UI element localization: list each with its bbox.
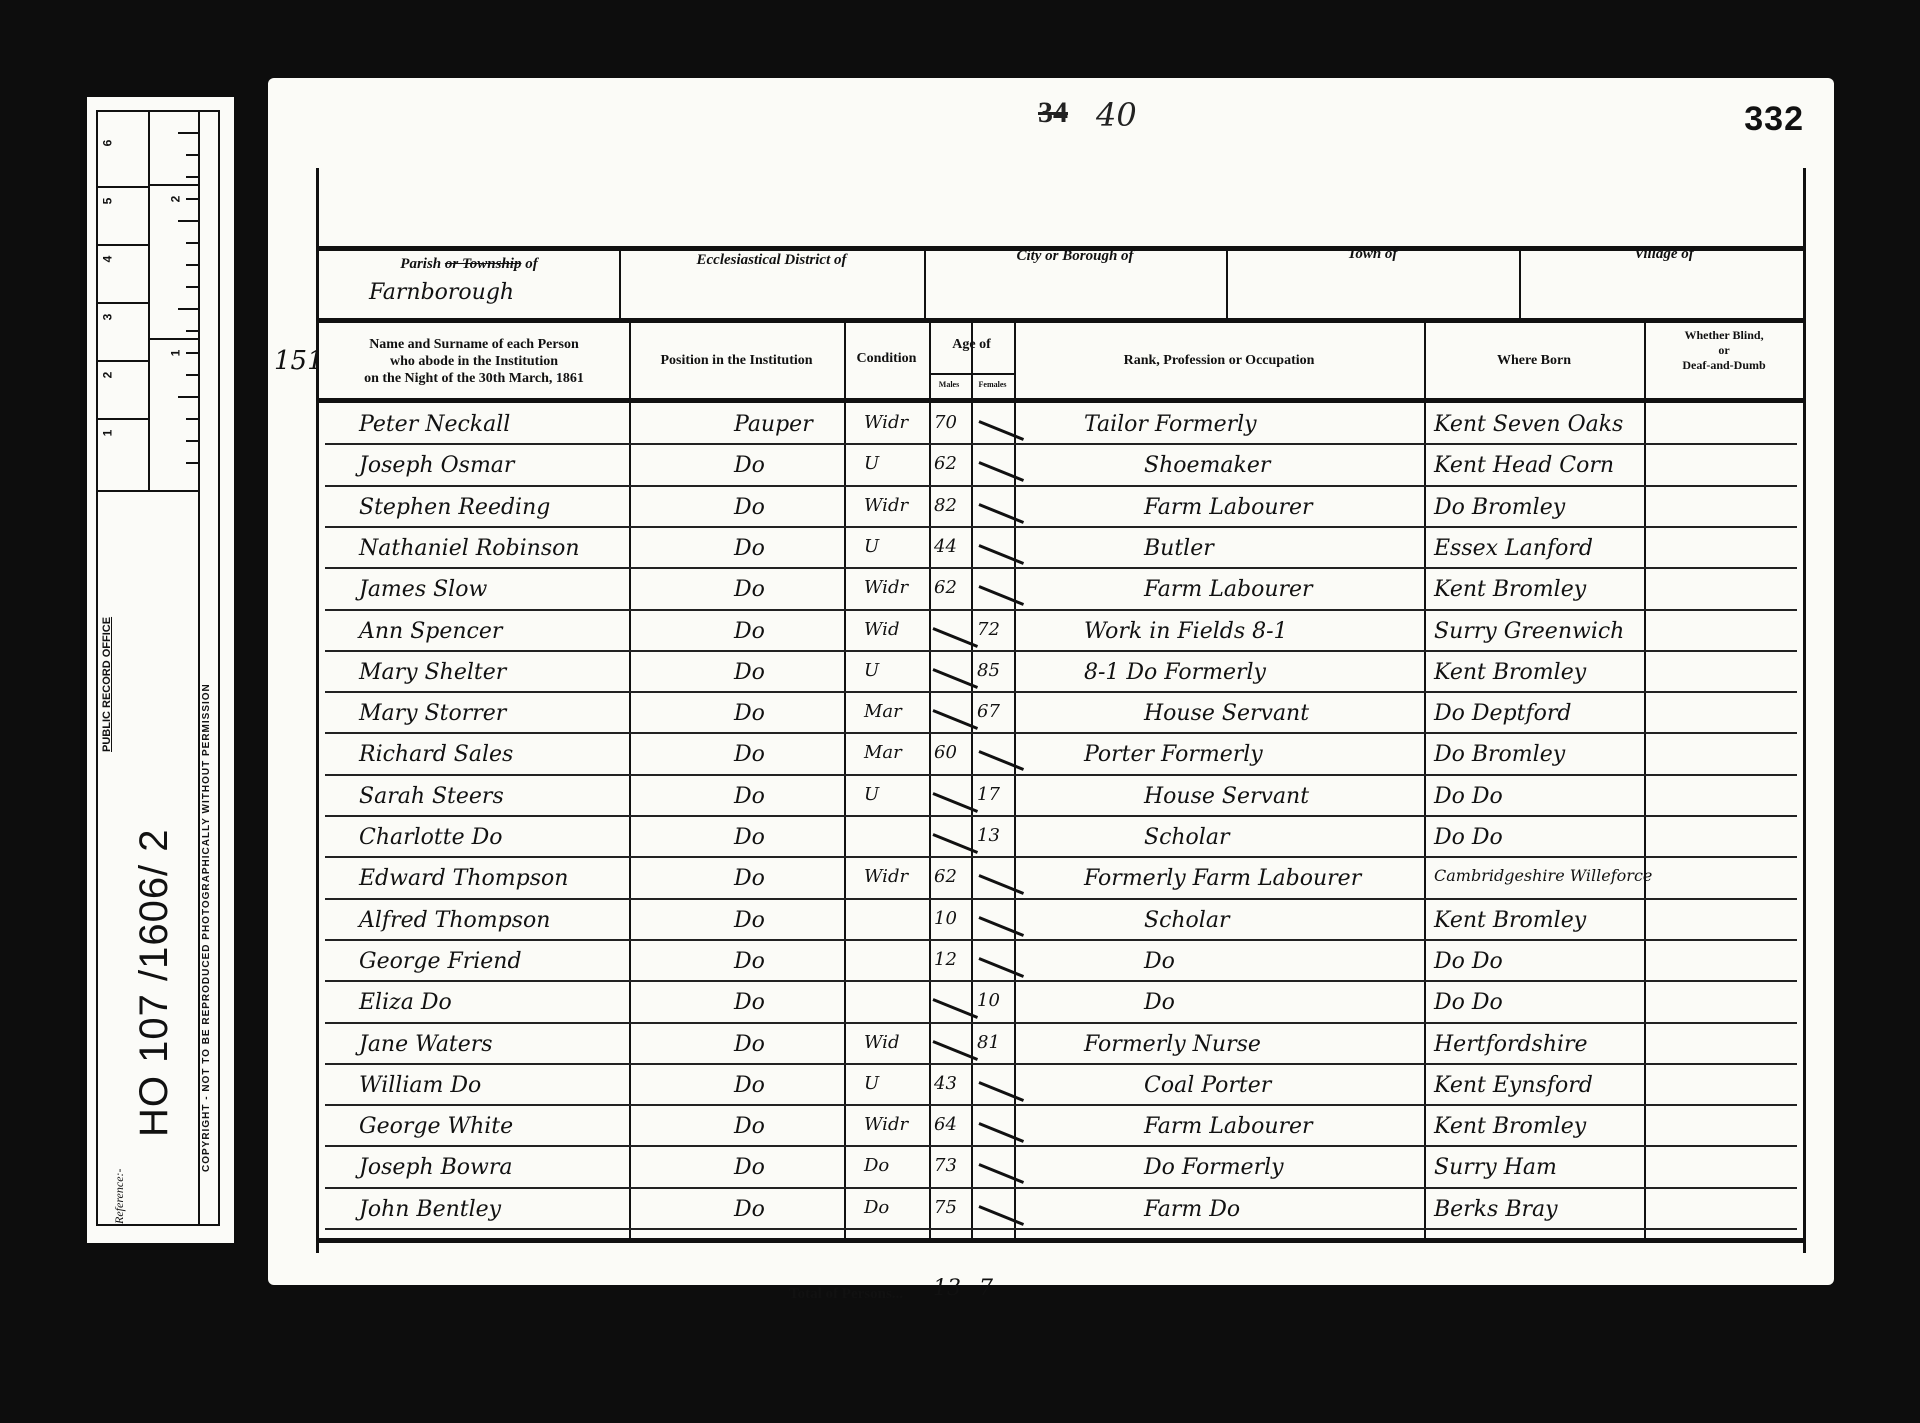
person-name: Mary Shelter [359, 660, 506, 685]
ruler-divider [150, 338, 198, 340]
females-subheader: Females [971, 376, 1014, 393]
condition: Wid [864, 1032, 899, 1053]
reference-divider [198, 112, 200, 1224]
condition: U [864, 660, 879, 681]
row-rule [325, 856, 1797, 858]
condition: Mar [864, 701, 902, 722]
condition: Do [864, 1155, 889, 1176]
person-name: James Slow [359, 577, 487, 602]
person-name: Jane Waters [359, 1032, 493, 1057]
ruler-tick [186, 462, 198, 464]
condition: Do [864, 1197, 889, 1218]
tally-mark [978, 544, 1024, 565]
male-age: 62 [934, 577, 957, 598]
position-in-institution: Do [734, 908, 765, 933]
position-in-institution: Do [734, 577, 765, 602]
position-in-institution: Do [734, 784, 765, 809]
column-divider [929, 320, 931, 1238]
position-in-institution: Do [734, 1197, 765, 1222]
tally-mark [978, 1163, 1024, 1184]
occupation: 8-1 Do Formerly [1084, 660, 1266, 685]
row-rule [325, 898, 1797, 900]
person-name: William Do [359, 1073, 481, 1098]
ruler-tick [178, 132, 198, 134]
row-rule [325, 650, 1797, 652]
condition: Widr [864, 577, 908, 598]
occupation: Do [1144, 949, 1175, 974]
tally-mark [978, 957, 1024, 978]
total-of-persons-label: Total of Persons... [789, 1286, 903, 1303]
ruler-tick [186, 264, 198, 266]
where-born: Surry Greenwich [1434, 619, 1624, 644]
male-age: 12 [934, 949, 957, 970]
town-label: Town of [1226, 246, 1519, 263]
position-in-institution: Do [734, 701, 765, 726]
person-name: George White [359, 1114, 513, 1139]
tally-mark [978, 461, 1024, 482]
position-in-institution: Do [734, 660, 765, 685]
ruler-tick [178, 396, 198, 398]
occupation: Farm Do [1144, 1197, 1240, 1222]
ruler-cell: 6 [98, 130, 148, 188]
ruler-tick [186, 330, 198, 332]
male-age: 70 [934, 412, 957, 433]
rule [319, 318, 1803, 323]
row-rule [325, 1228, 1797, 1230]
male-age: 82 [934, 495, 957, 516]
row-rule [325, 526, 1797, 528]
rule [319, 1238, 1803, 1243]
occupation: Work in Fields 8-1 [1084, 619, 1288, 644]
ruler-tick [178, 220, 198, 222]
row-rule [325, 1145, 1797, 1147]
row-rule [325, 732, 1797, 734]
person-name: Sarah Steers [359, 784, 504, 809]
condition: U [864, 453, 879, 474]
where-born: Kent Bromley [1434, 577, 1586, 602]
female-age: 81 [977, 1032, 1000, 1053]
ruler-tick [186, 176, 198, 178]
person-name: Edward Thompson [359, 866, 568, 891]
male-age: 64 [934, 1114, 957, 1135]
position-in-institution: Pauper [734, 412, 813, 437]
census-page: 34 40 332 151 Parish or Township of Farn… [268, 78, 1834, 1285]
condition: Wid [864, 619, 899, 640]
position-in-institution: Do [734, 990, 765, 1015]
person-name: Ann Spencer [359, 619, 502, 644]
person-name: Nathaniel Robinson [359, 536, 580, 561]
row-rule [325, 980, 1797, 982]
ruler-tick [186, 352, 198, 354]
female-age: 72 [977, 619, 1000, 640]
ruler-tick [186, 242, 198, 244]
copyright-notice: COPYRIGHT - NOT TO BE REPRODUCED PHOTOGR… [201, 683, 212, 1172]
person-name: Mary Storrer [359, 701, 506, 726]
where-born: Kent Bromley [1434, 1114, 1586, 1139]
occupation: House Servant [1144, 784, 1309, 809]
where-born: Do Do [1434, 949, 1503, 974]
cm-ruler: 6 5 4 3 2 1 [98, 112, 150, 492]
tally-mark [978, 420, 1024, 441]
parish-value: Farnborough [369, 280, 514, 305]
occupation: Do Formerly [1144, 1155, 1284, 1180]
person-name: Joseph Bowra [359, 1155, 513, 1180]
position-in-institution: Do [734, 1073, 765, 1098]
occupation: Coal Porter [1144, 1073, 1271, 1098]
row-rule [325, 939, 1797, 941]
blind-column-header: Whether Blind, or Deaf-and-Dumb [1644, 328, 1804, 373]
tally-mark [978, 916, 1024, 937]
reference-card: 6 5 4 3 2 1 2 1 PUBLIC RECORD OFFICE HO … [87, 97, 234, 1243]
row-rule [325, 1104, 1797, 1106]
where-born: Surry Ham [1434, 1155, 1557, 1180]
where-born: Essex Lanford [1434, 536, 1593, 561]
where-born: Hertfordshire [1434, 1032, 1588, 1057]
tally-mark [978, 1122, 1024, 1143]
position-in-institution: Do [734, 619, 765, 644]
person-name: George Friend [359, 949, 522, 974]
record-office-label: PUBLIC RECORD OFFICE [101, 617, 113, 752]
where-born: Kent Seven Oaks [1434, 412, 1623, 437]
reference-code: HO 107 /1606/ 2 [132, 828, 177, 1137]
condition: Widr [864, 1114, 908, 1135]
where-born: Do Do [1434, 784, 1503, 809]
female-age: 10 [977, 990, 1000, 1011]
occupation: Farm Labourer [1144, 1114, 1313, 1139]
occupation: Do [1144, 990, 1175, 1015]
column-divider [1644, 320, 1646, 1238]
row-rule [325, 1187, 1797, 1189]
ecclesiastical-district-label: Ecclesiastical District of [619, 252, 924, 269]
occupation-column-header: Rank, Profession or Occupation [1014, 352, 1424, 369]
ruler-tick [186, 286, 198, 288]
occupation: Scholar [1144, 825, 1229, 850]
ruler-tick [186, 440, 198, 442]
where-born: Do Do [1434, 825, 1503, 850]
column-divider [844, 320, 846, 1238]
female-age: 67 [977, 701, 1000, 722]
column-divider [629, 320, 631, 1238]
female-age: 85 [977, 660, 1000, 681]
male-age: 73 [934, 1155, 957, 1176]
row-rule [325, 815, 1797, 817]
tally-mark [978, 503, 1024, 524]
occupation: Scholar [1144, 908, 1229, 933]
name-column-header: Name and Surname of each Person who abod… [319, 336, 629, 387]
ruler-divider [150, 184, 198, 186]
ruler-cell: 3 [98, 304, 148, 362]
person-name: Charlotte Do [359, 825, 503, 850]
column-divider [1014, 320, 1016, 1238]
position-in-institution: Do [734, 1155, 765, 1180]
occupation: House Servant [1144, 701, 1309, 726]
male-age: 75 [934, 1197, 957, 1218]
condition: Widr [864, 495, 908, 516]
position-in-institution: Do [734, 949, 765, 974]
ruler-tick [186, 418, 198, 420]
row-rule [325, 485, 1797, 487]
position-in-institution: Do [734, 742, 765, 767]
ruler-tick [186, 198, 198, 200]
position-in-institution: Do [734, 1114, 765, 1139]
condition-column-header: Condition [844, 350, 929, 367]
total-males: 13 [933, 1276, 961, 1301]
where-born: Kent Head Corn [1434, 453, 1614, 478]
person-name: Eliza Do [359, 990, 452, 1015]
male-age: 62 [934, 866, 957, 887]
person-name: Joseph Osmar [359, 453, 514, 478]
ruler-tick [178, 308, 198, 310]
city-borough-label: City or Borough of [924, 248, 1226, 265]
person-name: Peter Neckall [359, 412, 510, 437]
row-rule [325, 443, 1797, 445]
ruler-tick [186, 154, 198, 156]
census-form: Parish or Township of Farnborough Eccles… [316, 168, 1806, 1253]
condition: Widr [864, 412, 908, 433]
row-rule [325, 1063, 1797, 1065]
ruler-tick [186, 374, 198, 376]
where-born: Do Bromley [1434, 742, 1565, 767]
reference-card-frame: 6 5 4 3 2 1 2 1 PUBLIC RECORD OFFICE HO … [96, 110, 220, 1226]
reference-label: Reference:- [112, 1168, 127, 1224]
row-rule [325, 609, 1797, 611]
position-in-institution: Do [734, 536, 765, 561]
village-label: Village of [1519, 246, 1809, 263]
position-column-header: Position in the Institution [629, 352, 844, 369]
inch-ruler: 2 1 [150, 112, 200, 492]
position-in-institution: Do [734, 453, 765, 478]
position-in-institution: Do [734, 495, 765, 520]
where-born-column-header: Where Born [1424, 352, 1644, 369]
female-age: 13 [977, 825, 1000, 846]
column-divider [971, 320, 973, 1238]
where-born: Berks Bray [1434, 1197, 1558, 1222]
total-females: 7 [979, 1276, 993, 1301]
tally-mark [978, 1205, 1024, 1226]
tally-mark [978, 750, 1024, 771]
male-age: 10 [934, 908, 957, 929]
row-rule [325, 567, 1797, 569]
occupation: Porter Formerly [1084, 742, 1263, 767]
occupation: Farm Labourer [1144, 577, 1313, 602]
male-age: 44 [934, 536, 957, 557]
occupation: Farm Labourer [1144, 495, 1313, 520]
ruler-cell: 5 [98, 188, 148, 246]
person-name: Richard Sales [359, 742, 513, 767]
occupation: Shoemaker [1144, 453, 1270, 478]
person-name: John Bentley [359, 1197, 501, 1222]
tally-mark [978, 585, 1024, 606]
tally-mark [978, 874, 1024, 895]
condition: Mar [864, 742, 902, 763]
page-number: 332 [1744, 100, 1804, 139]
male-age: 60 [934, 742, 957, 763]
tally-mark [978, 1081, 1024, 1102]
position-in-institution: Do [734, 1032, 765, 1057]
ruler-cell: 4 [98, 246, 148, 304]
row-rule [325, 774, 1797, 776]
condition: Widr [864, 866, 908, 887]
folio-number: 40 [1096, 96, 1137, 134]
person-name: Stephen Reeding [359, 495, 550, 520]
person-name: Alfred Thompson [359, 908, 550, 933]
where-born: Do Do [1434, 990, 1503, 1015]
condition: U [864, 1073, 879, 1094]
position-in-institution: Do [734, 866, 765, 891]
occupation: Formerly Farm Labourer [1084, 866, 1361, 891]
rule [319, 398, 1803, 403]
parish-label: Parish or Township of [319, 256, 619, 273]
where-born: Cambridgeshire Willeforce [1434, 866, 1652, 885]
struck-folio-number: 34 [1038, 96, 1068, 130]
where-born: Do Bromley [1434, 495, 1565, 520]
ruler-cell: 2 [98, 362, 148, 420]
condition: U [864, 536, 879, 557]
male-age: 62 [934, 453, 957, 474]
row-rule [325, 1022, 1797, 1024]
female-age: 17 [977, 784, 1000, 805]
where-born: Kent Bromley [1434, 908, 1586, 933]
position-in-institution: Do [734, 825, 765, 850]
condition: U [864, 784, 879, 805]
males-subheader: Males [929, 376, 969, 393]
where-born: Do Deptford [1434, 701, 1571, 726]
occupation: Formerly Nurse [1084, 1032, 1261, 1057]
occupation: Tailor Formerly [1084, 412, 1257, 437]
row-rule [325, 691, 1797, 693]
occupation: Butler [1144, 536, 1214, 561]
ruler-cell: 1 [98, 420, 148, 478]
where-born: Kent Bromley [1434, 660, 1586, 685]
male-age: 43 [934, 1073, 957, 1094]
column-divider [1424, 320, 1426, 1238]
where-born: Kent Eynsford [1434, 1073, 1593, 1098]
